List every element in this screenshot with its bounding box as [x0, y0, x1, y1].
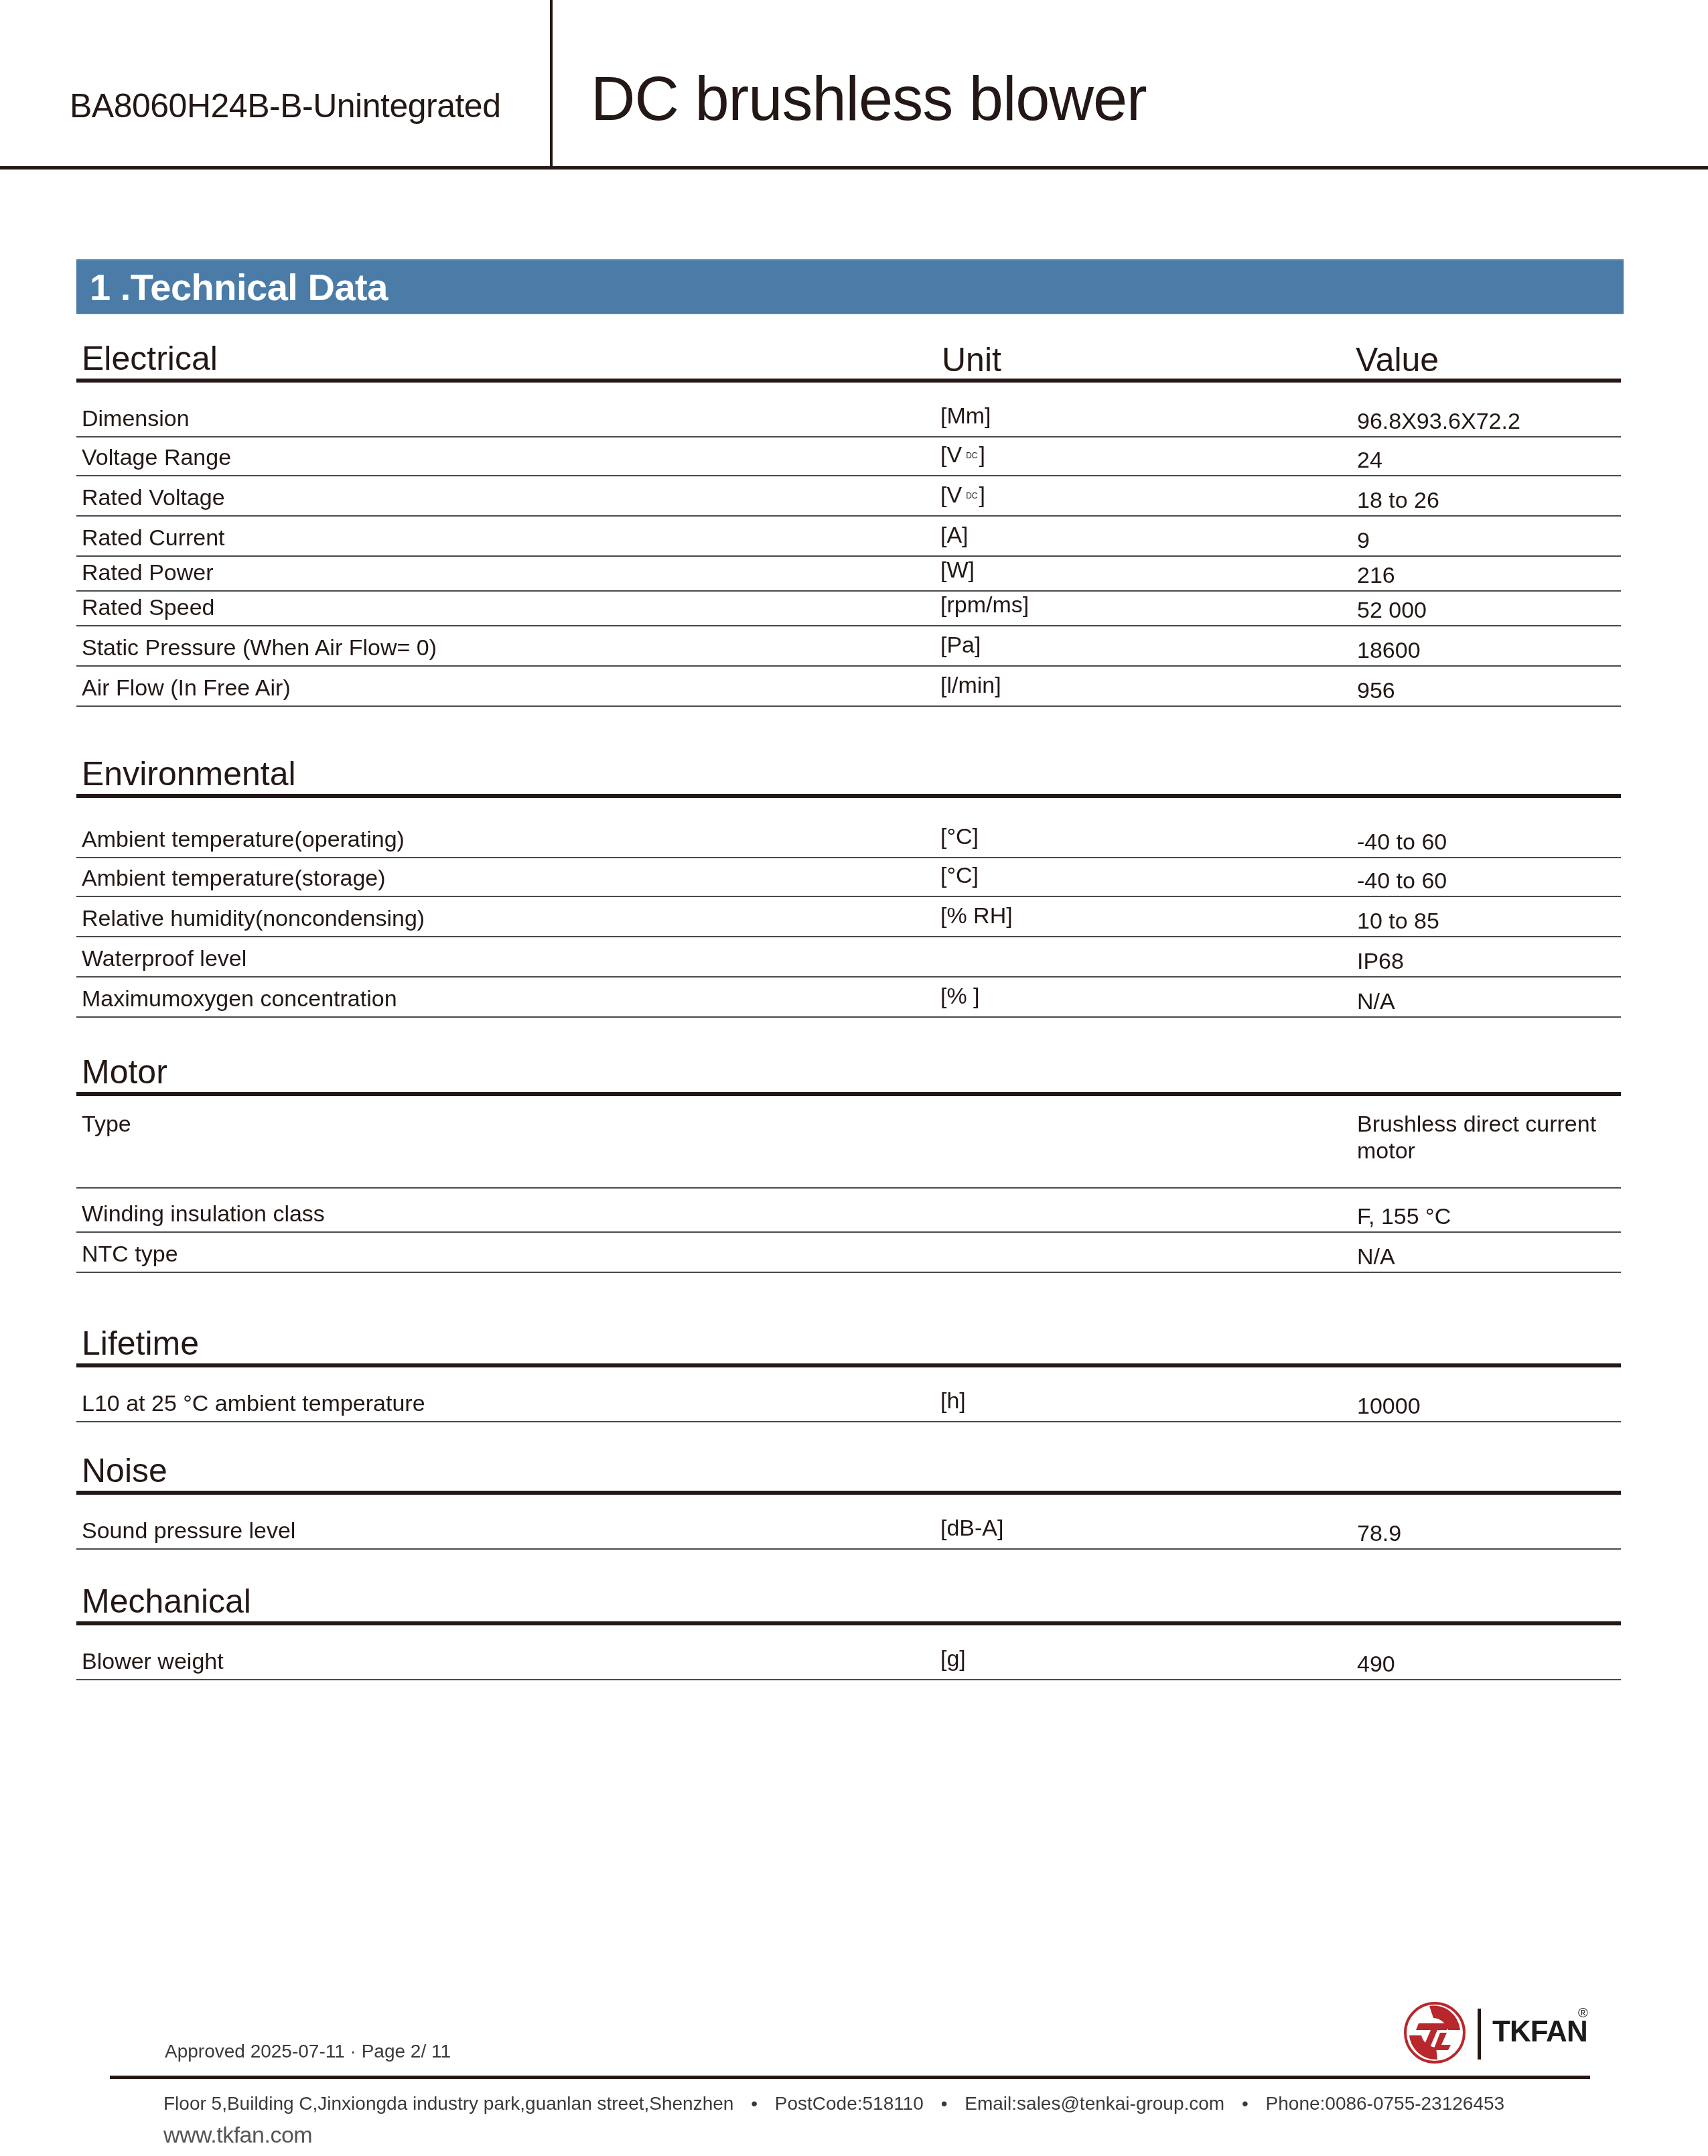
document-title: DC brushless blower [591, 63, 1147, 135]
row-unit: [h] [940, 1388, 966, 1414]
row-unit: [% ] [940, 983, 980, 1010]
row-label: Maximumoxygen concentration [82, 986, 397, 1012]
group-header: Motor [76, 1052, 1621, 1092]
row-label: Rated Speed [82, 594, 215, 621]
row-value: N/A [1357, 988, 1618, 1015]
row-unit: [A] [940, 522, 969, 549]
table-row: Voltage Range[VDC]24 [76, 437, 1621, 476]
row-unit: [VDC] [940, 442, 985, 473]
row-value: 216 [1357, 562, 1618, 589]
group-mechanical: MechanicalBlower weight[g]490 [76, 1581, 1621, 1680]
unit-text: [rpm/ms] [940, 592, 1029, 618]
group-title: Mechanical [82, 1582, 251, 1620]
table-row: Ambient temperature(storage)[°C]-40 to 6… [76, 858, 1621, 897]
table-row: Waterproof levelIP68 [76, 937, 1621, 978]
row-unit: [Mm] [940, 403, 991, 429]
group-lifetime: LifetimeL10 at 25 °C ambient temperature… [76, 1323, 1621, 1422]
postcode: PostCode:518110 [775, 2093, 924, 2114]
unit-close: ] [979, 482, 985, 508]
table-row: Winding insulation classF, 155 °C [76, 1189, 1621, 1233]
group-title: Electrical [82, 340, 218, 377]
group-electrical: ElectricalUnitValueDimension[Mm]96.8X93.… [76, 338, 1621, 707]
separator: • [1242, 2093, 1249, 2114]
unit-text: [% RH] [940, 903, 1013, 929]
table-row: Maximumoxygen concentration[% ]N/A [76, 978, 1621, 1018]
row-unit: [°C] [940, 862, 979, 889]
group-header: Environmental [76, 754, 1621, 794]
group-header: Lifetime [76, 1323, 1621, 1363]
group-motor: MotorTypeBrushless direct current motorW… [76, 1052, 1621, 1273]
row-unit: [l/min] [940, 672, 1001, 699]
unit-text: [°C] [940, 863, 979, 888]
row-label: Dimension [82, 405, 190, 432]
group-header: Noise [76, 1451, 1621, 1491]
row-label: Rated Current [82, 525, 225, 551]
table-row: L10 at 25 °C ambient temperature[h]10000 [76, 1367, 1621, 1422]
unit-text: [A] [940, 523, 969, 548]
table-row: Dimension[Mm]96.8X93.6X72.2 [76, 383, 1621, 437]
row-value: IP68 [1357, 948, 1618, 975]
separator: • [751, 2093, 758, 2114]
row-unit: [g] [940, 1645, 966, 1672]
table-row: Relative humidity(noncondensing)[% RH]10… [76, 897, 1621, 937]
table-row: NTC typeN/A [76, 1233, 1621, 1273]
brand-name: TKFAN [1492, 2015, 1587, 2049]
table-row: Rated Power[W]216 [76, 557, 1621, 592]
row-unit: [% RH] [940, 902, 1013, 929]
row-value: 10000 [1357, 1393, 1618, 1420]
section-banner: 1 .Technical Data [76, 259, 1624, 314]
row-label: Air Flow (In Free Air) [82, 675, 291, 701]
table-row: Rated Speed[rpm/ms]52 000 [76, 592, 1621, 626]
group-title: Motor [82, 1053, 167, 1091]
group-header: ElectricalUnitValue [76, 338, 1621, 379]
row-value: 52 000 [1357, 597, 1618, 624]
unit-text: [V [940, 442, 962, 468]
group-title: Environmental [82, 755, 296, 793]
row-label: L10 at 25 °C ambient temperature [82, 1390, 425, 1417]
separator: • [941, 2093, 948, 2114]
unit-text: [g] [940, 1646, 966, 1672]
row-label: Relative humidity(noncondensing) [82, 905, 425, 932]
row-label: Sound pressure level [82, 1518, 295, 1544]
group-title: Lifetime [82, 1325, 199, 1362]
address: Floor 5,Building C,Jinxiongda industry p… [163, 2093, 733, 2114]
company-logo: TKFAN ® [1403, 2001, 1604, 2061]
row-label: Winding insulation class [82, 1201, 325, 1227]
registered-mark: ® [1578, 2006, 1588, 2021]
row-unit: [VDC] [940, 482, 985, 513]
row-label: Waterproof level [82, 945, 246, 972]
row-value: 24 [1357, 447, 1618, 474]
table-row: Rated Current[A]9 [76, 517, 1621, 557]
row-value: 18 to 26 [1357, 487, 1618, 514]
table-row: Blower weight[g]490 [76, 1625, 1621, 1680]
row-label: Type [82, 1111, 131, 1138]
unit-subscript: DC [966, 451, 977, 460]
email-link[interactable]: Email:sales@tenkai-group.com [965, 2093, 1224, 2114]
header-divider [550, 0, 553, 169]
unit-text: [l/min] [940, 673, 1001, 698]
table-row: Ambient temperature(operating)[°C]-40 to… [76, 798, 1621, 858]
footer-rule [110, 2076, 1590, 2079]
row-value: 10 to 85 [1357, 908, 1618, 935]
unit-text: [V [940, 482, 962, 508]
row-label: Voltage Range [82, 444, 231, 471]
model-number: BA8060H24B-B-Unintegrated [70, 86, 500, 126]
unit-text: [Mm] [940, 403, 991, 429]
table-row: TypeBrushless direct current motor [76, 1096, 1621, 1189]
row-value: 956 [1357, 677, 1618, 704]
website-link[interactable]: www.tkfan.com [163, 2123, 312, 2149]
row-value: N/A [1357, 1243, 1618, 1270]
unit-text: [W] [940, 557, 975, 583]
logo-divider [1478, 2009, 1481, 2060]
phone: Phone:0086-0755-23126453 [1266, 2093, 1505, 2114]
row-unit: [rpm/ms] [940, 592, 1029, 618]
unit-close: ] [979, 442, 985, 468]
approval-page-info: Approved 2025-07-11 · Page 2/ 11 [165, 2041, 451, 2062]
row-label: NTC type [82, 1241, 178, 1268]
unit-text: [dB-A] [940, 1515, 1003, 1541]
row-value: -40 to 60 [1357, 829, 1618, 856]
unit-text: [h] [940, 1388, 966, 1414]
unit-subscript: DC [966, 491, 977, 500]
header-rule [0, 166, 1708, 170]
group-header: Mechanical [76, 1581, 1621, 1621]
row-value: F, 155 °C [1357, 1203, 1618, 1230]
row-value: 78.9 [1357, 1520, 1618, 1547]
unit-text: [% ] [940, 984, 980, 1009]
row-value: 490 [1357, 1651, 1618, 1678]
column-header-value: Value [1356, 341, 1439, 379]
group-environmental: EnvironmentalAmbient temperature(operati… [76, 754, 1621, 1018]
group-title: Noise [82, 1452, 167, 1489]
row-value: 18600 [1357, 637, 1618, 664]
row-value: 96.8X93.6X72.2 [1357, 408, 1618, 435]
table-row: Sound pressure level[dB-A]78.9 [76, 1495, 1621, 1550]
table-row: Static Pressure (When Air Flow= 0)[Pa]18… [76, 626, 1621, 667]
row-unit: [°C] [940, 823, 979, 850]
unit-text: [Pa] [940, 632, 981, 658]
row-unit: [dB-A] [940, 1515, 1003, 1542]
row-label: Rated Voltage [82, 484, 225, 511]
section-title: 1 .Technical Data [90, 266, 388, 309]
row-label: Ambient temperature(storage) [82, 865, 386, 892]
table-row: Air Flow (In Free Air)[l/min]956 [76, 667, 1621, 707]
row-label: Static Pressure (When Air Flow= 0) [82, 634, 437, 661]
row-unit: [W] [940, 557, 975, 584]
table-row: Rated Voltage[VDC]18 to 26 [76, 476, 1621, 517]
row-label: Rated Power [82, 559, 214, 586]
row-value: Brushless direct current motor [1357, 1111, 1618, 1164]
row-label: Blower weight [82, 1648, 224, 1675]
column-header-unit: Unit [942, 341, 1001, 379]
tkfan-logo-icon [1403, 2001, 1467, 2065]
row-unit: [Pa] [940, 632, 981, 659]
unit-text: [°C] [940, 824, 979, 850]
group-noise: NoiseSound pressure level[dB-A]78.9 [76, 1451, 1621, 1550]
row-value: -40 to 60 [1357, 868, 1618, 894]
page-header: BA8060H24B-B-Unintegrated DC brushless b… [0, 0, 1708, 169]
row-label: Ambient temperature(operating) [82, 826, 405, 853]
contact-line: Floor 5,Building C,Jinxiongda industry p… [163, 2093, 1504, 2114]
row-value: 9 [1357, 527, 1618, 554]
